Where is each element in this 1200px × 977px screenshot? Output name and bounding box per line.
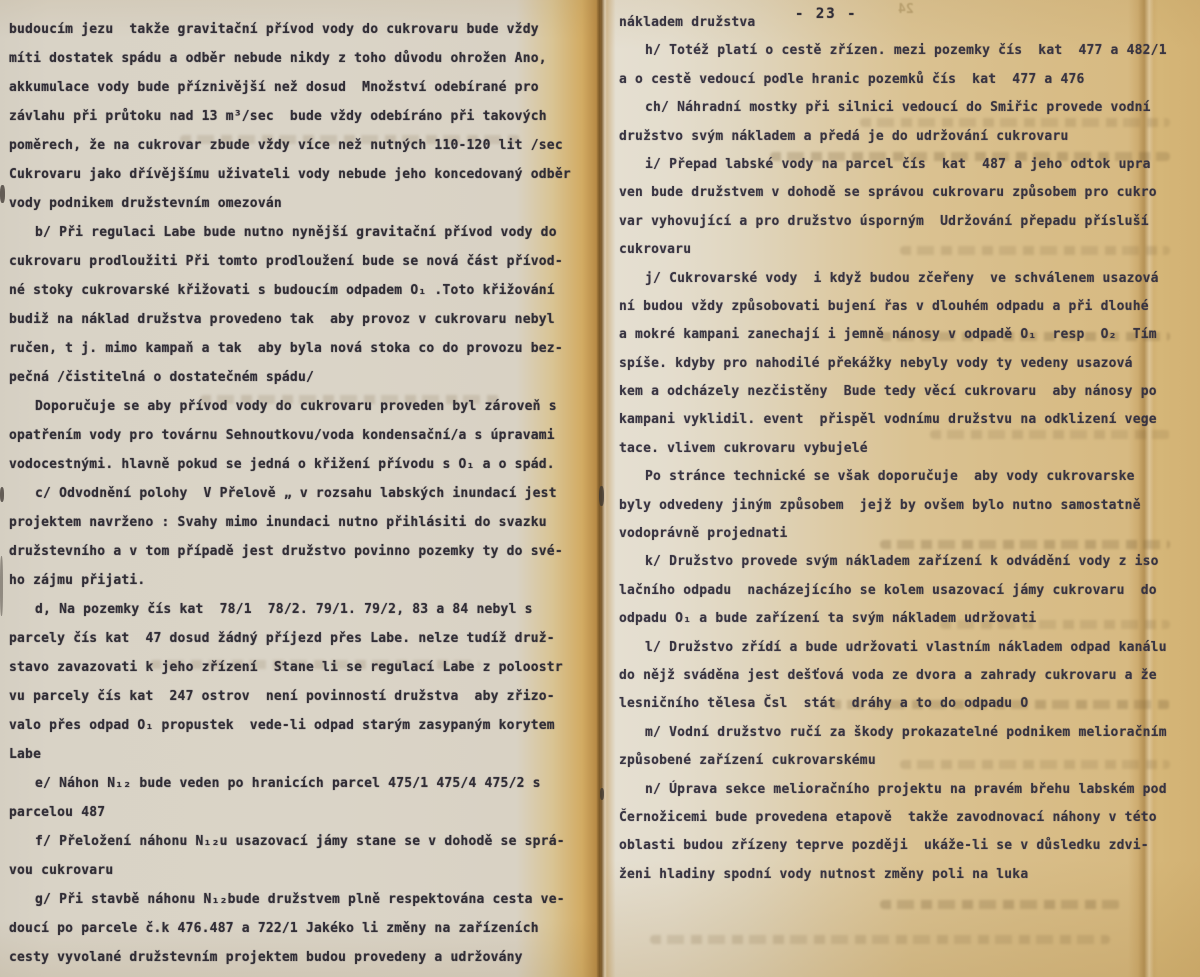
text-line: ručen, t j. mimo kampaň a tak aby byla n… bbox=[9, 334, 609, 363]
text-line: ženi hladiny spodní vody nutnost změny p… bbox=[619, 861, 1200, 889]
text-line: g/ Při stavbě náhonu N₁₂bude družstvem p… bbox=[9, 885, 609, 914]
text-line: Černožicemi bude provedena etapově takže… bbox=[619, 804, 1200, 832]
text-line: projektem navrženo : Svahy mimo inundaci… bbox=[9, 508, 609, 537]
text-line: l/ Družstvo zřídí a bude udržovati vlast… bbox=[619, 634, 1200, 662]
text-line: parcelou 487 bbox=[9, 798, 609, 827]
text-line: družstevního a v tom případě jest družst… bbox=[9, 537, 609, 566]
text-line: i/ Přepad labské vody na parcel čís kat … bbox=[619, 151, 1200, 179]
scanned-document: - 23 - 24 budoucím jezu takže gravitační… bbox=[0, 0, 1200, 977]
text-line: Cukrovaru jako dřívějšímu uživateli vody… bbox=[9, 160, 609, 189]
right-page-text: nákladem družstvah/ Totéž platí o cestě … bbox=[600, 0, 1200, 889]
text-line: vodoprávně projednati bbox=[619, 520, 1200, 548]
text-line: odpadu O₁ a bude zařízení ta svým náklad… bbox=[619, 605, 1200, 633]
text-line: kampani vyklidil. event přispěl vodnímu … bbox=[619, 406, 1200, 434]
text-line: h/ Totéž platí o cestě zřízen. mezi poze… bbox=[619, 37, 1200, 65]
text-line: m/ Vodní družstvo ručí za škody prokazat… bbox=[619, 719, 1200, 747]
bleed-through-ghost bbox=[880, 900, 1120, 909]
text-line: pečná /čistitelná o dostatečném spádu/ bbox=[9, 363, 609, 392]
text-line: doucí po parcele č.k 476.487 a 722/1 Jak… bbox=[9, 914, 609, 943]
text-line: družstvo svým nákladem a předá je do udr… bbox=[619, 123, 1200, 151]
left-page-text: budoucím jezu takže gravitační přívod vo… bbox=[0, 0, 609, 972]
text-line: budoucím jezu takže gravitační přívod vo… bbox=[9, 15, 609, 44]
text-line: míti dostatek spádu a odběr nebude nikdy… bbox=[9, 44, 609, 73]
text-line: spíše. kdyby pro nahodilé překážky nebyl… bbox=[619, 350, 1200, 378]
text-line: d, Na pozemky čís kat 78/1 78/2. 79/1. 7… bbox=[9, 595, 609, 624]
text-line: Labe bbox=[9, 740, 609, 769]
text-line: Po stránce technické se však doporučuje … bbox=[619, 463, 1200, 491]
text-line: cukrovaru bbox=[619, 236, 1200, 264]
text-line: vu parcely čís kat 247 ostrov není povin… bbox=[9, 682, 609, 711]
text-line: stavo zavazovati k jeho zřízení Stane li… bbox=[9, 653, 609, 682]
text-line: ch/ Náhradní mostky při silnici vedoucí … bbox=[619, 94, 1200, 122]
text-line: n/ Úprava sekce melioračního projektu na… bbox=[619, 776, 1200, 804]
text-line: poměrech, že na cukrovar zbude vždy více… bbox=[9, 131, 609, 160]
text-line: cukrovaru prodloužiti Při tomto prodlouž… bbox=[9, 247, 609, 276]
text-line: budiž na náklad družstva provedeno tak a… bbox=[9, 305, 609, 334]
text-line: cesty vyvolané družstevním projektem bud… bbox=[9, 943, 609, 972]
text-line: parcely čís kat 47 dosud žádný příjezd p… bbox=[9, 624, 609, 653]
text-line: akkumulace vody bude příznivější než dos… bbox=[9, 73, 609, 102]
text-line: byly odvedeny jiným způsobem jejž by ovš… bbox=[619, 492, 1200, 520]
text-line: lesničního tělesa Čsl stát dráhy a to do… bbox=[619, 690, 1200, 718]
bleed-through-ghost bbox=[650, 935, 1110, 944]
text-line: oblasti budou zřízeny teprve později uká… bbox=[619, 832, 1200, 860]
text-line: k/ Družstvo provede svým nákladem zaříze… bbox=[619, 548, 1200, 576]
text-line: né stoky cukrovarské křižovati s budoucí… bbox=[9, 276, 609, 305]
text-line: a o cestě vedoucí podle hranic pozemků č… bbox=[619, 66, 1200, 94]
text-line: závlahu při průtoku nad 13 m³/sec bude v… bbox=[9, 102, 609, 131]
text-line: var vyhovující a pro družstvo úsporným U… bbox=[619, 208, 1200, 236]
text-line: vodocestnými. hlavně pokud se jedná o kř… bbox=[9, 450, 609, 479]
text-line: do nějž sváděna jest dešťová voda ze dvo… bbox=[619, 662, 1200, 690]
text-line: valo přes odpad O₁ propustek vede-li odp… bbox=[9, 711, 609, 740]
text-line: a mokré kampani zanechají i jemně nánosy… bbox=[619, 321, 1200, 349]
text-line: b/ Při regulaci Labe bude nutno nynější … bbox=[9, 218, 609, 247]
text-line: lačního odpadu nacházejícího se kolem us… bbox=[619, 577, 1200, 605]
text-line: způsobené zařízení cukrovarskému bbox=[619, 747, 1200, 775]
text-line: c/ Odvodnění polohy V Přelově „ v rozsah… bbox=[9, 479, 609, 508]
text-line: e/ Náhon N₁₂ bude veden po hranicích par… bbox=[9, 769, 609, 798]
text-line: vou cukrovaru bbox=[9, 856, 609, 885]
text-line: nákladem družstva bbox=[619, 9, 1200, 37]
text-line: f/ Přeložení náhonu N₁₂u usazovací jámy … bbox=[9, 827, 609, 856]
text-line: ven bude družstvem v dohodě se správou c… bbox=[619, 179, 1200, 207]
text-line: opatřením vody pro továrnu Sehnoutkovu/v… bbox=[9, 421, 609, 450]
text-line: Doporučuje se aby přívod vody do cukrova… bbox=[9, 392, 609, 421]
text-line: j/ Cukrovarské vody i když budou zčeřeny… bbox=[619, 265, 1200, 293]
text-line: kem a odcházely nezčistěny Bude tedy věc… bbox=[619, 378, 1200, 406]
text-line: ní budou vždy způsobovati bujení řas v d… bbox=[619, 293, 1200, 321]
text-line: tace. vlivem cukrovaru vybujelé bbox=[619, 435, 1200, 463]
text-line: ho zájmu přijati. bbox=[9, 566, 609, 595]
text-line: vody podnikem družstevním omezován bbox=[9, 189, 609, 218]
